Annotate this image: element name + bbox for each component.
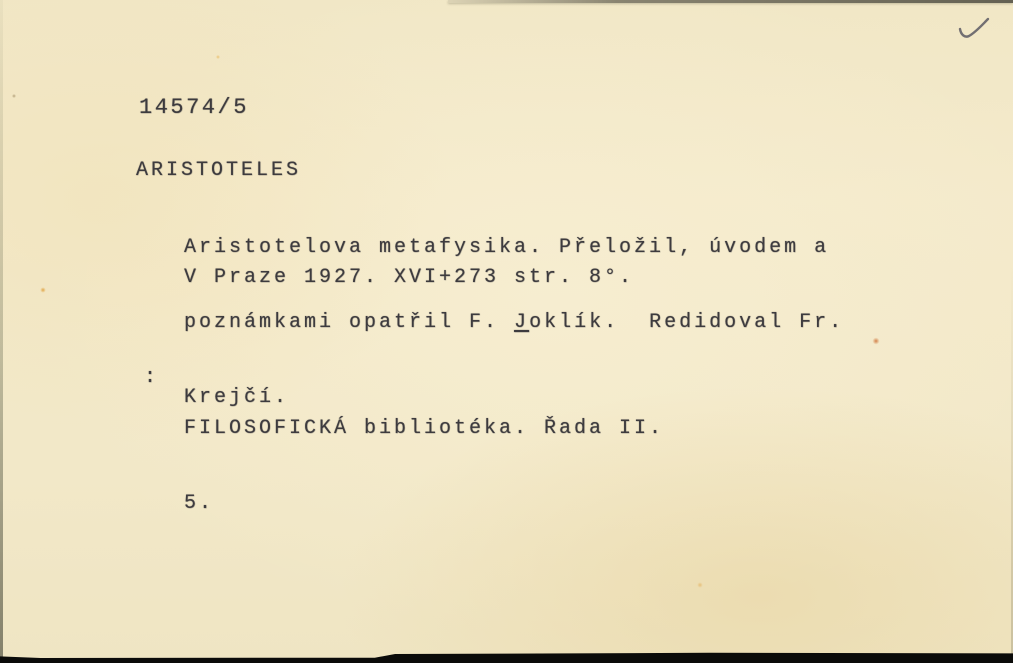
title-line-2: poznámkami opatřil F. Joklík. Redidoval … bbox=[184, 310, 844, 335]
title-line-2-underlined-letter: J bbox=[514, 311, 529, 334]
call-number: 14574/5 bbox=[139, 95, 249, 120]
series-note: FILOSOFICKÁ bibliotéka. Řada II. 5. bbox=[184, 366, 664, 566]
series-line-1: FILOSOFICKÁ bibliotéka. Řada II. bbox=[184, 416, 664, 441]
title-line-2-after: oklík. Redidoval Fr. bbox=[529, 311, 844, 334]
scan-left-edge-shadow bbox=[0, 0, 3, 657]
scanned-catalog-card-page: 14574/5 ARISTOTELES Aristotelova metafys… bbox=[0, 0, 1013, 663]
pen-checkmark-icon bbox=[952, 16, 996, 44]
series-separator-colon: : bbox=[144, 366, 159, 389]
title-line-1: Aristotelova metafysika. Přeložil, úvode… bbox=[184, 235, 844, 260]
scan-top-edge-artifact bbox=[448, 0, 1013, 3]
series-line-2: 5. bbox=[184, 491, 664, 516]
author-heading: ARISTOTELES bbox=[136, 159, 301, 182]
catalog-card: 14574/5 ARISTOTELES Aristotelova metafys… bbox=[0, 0, 1013, 663]
scan-bottom-background bbox=[0, 651, 1013, 663]
imprint-line: V Praze 1927. XVI+273 str. 8°. bbox=[184, 266, 634, 289]
title-line-2-before: poznámkami opatřil F. bbox=[184, 311, 514, 334]
